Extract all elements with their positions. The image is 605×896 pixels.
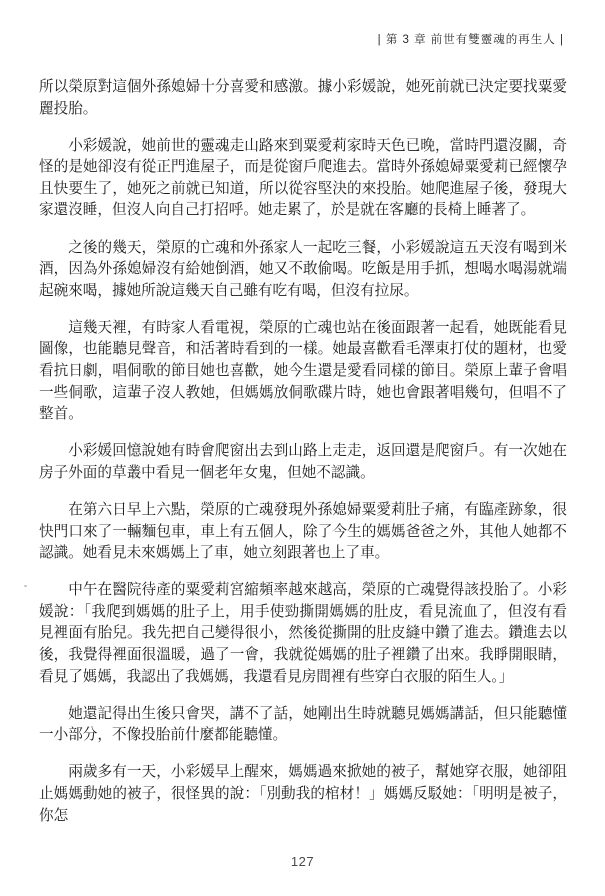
page-number: 127 <box>0 854 605 869</box>
scan-artifact <box>24 585 27 587</box>
paragraph: 她還記得出生後只會哭，講不了話，她剛出生時就聽見媽媽講話，但只能聽懂一小部分，不… <box>39 704 567 747</box>
paragraph: 所以榮原對這個外孫媳婦十分喜愛和感激。據小彩媛說，她死前就已決定要找粟愛麗投胎。 <box>39 77 567 120</box>
paragraph: 小彩媛說，她前世的靈魂走山路來到粟愛莉家時天色已晚，當時門還沒關，奇怪的是她卻沒… <box>39 136 567 222</box>
paragraph: 兩歲多有一天，小彩媛早上醒來，媽媽過來掀她的被子，幫她穿衣服，她卻阻止媽媽動她的… <box>39 762 567 827</box>
book-page: | 第 3 章 前世有雙靈魂的再生人 | 所以榮原對這個外孫媳婦十分喜愛和感激。… <box>0 0 605 896</box>
paragraph: 之後的幾天，榮原的亡魂和外孫家人一起吃三餐，小彩媛說這五天沒有喝到米酒，因為外孫… <box>39 238 567 303</box>
paragraph: 這幾天裡，有時家人看電視，榮原的亡魂也站在後面跟著一起看，她既能看見圖像，也能聽… <box>39 318 567 426</box>
paragraph: 中午在醫院待產的粟愛莉宮縮頻率越來越高，榮原的亡魂覺得該投胎了。小彩媛說：「我爬… <box>39 580 567 688</box>
running-header: | 第 3 章 前世有雙靈魂的再生人 | <box>378 31 564 47</box>
page-body: 所以榮原對這個外孫媳婦十分喜愛和感激。據小彩媛說，她死前就已決定要找粟愛麗投胎。… <box>39 77 567 843</box>
paragraph: 小彩媛回憶說她有時會爬窗出去到山路上走走，返回還是爬窗戶。有一次她在房子外面的草… <box>39 441 567 484</box>
paragraph: 在第六日早上六點，榮原的亡魂發現外孫媳婦粟愛莉肚子痛，有臨產跡象，很快門口來了一… <box>39 500 567 565</box>
